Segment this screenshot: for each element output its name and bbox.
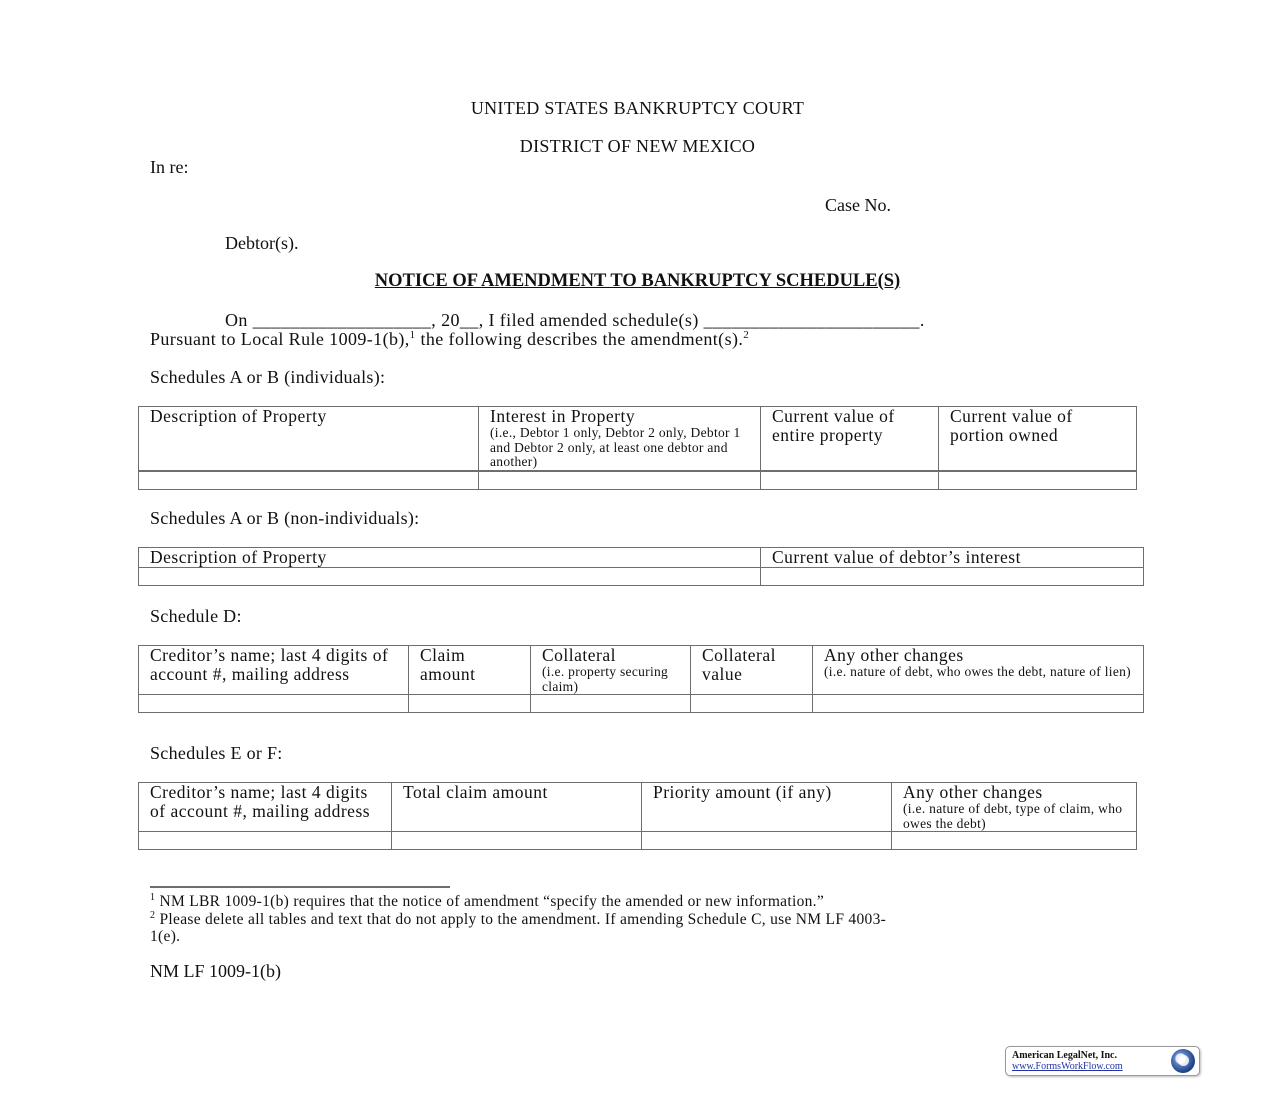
table-cell[interactable] bbox=[392, 832, 642, 850]
column-header: Collateral(i.e. property securing claim) bbox=[531, 646, 691, 695]
publisher-name: American LegalNet, Inc. bbox=[1012, 1050, 1117, 1061]
column-header: Creditor’s name; last 4 digits of accoun… bbox=[139, 783, 392, 832]
section-label-ab-individuals: Schedules A or B (individuals): bbox=[150, 367, 385, 388]
section-label-ef: Schedules E or F: bbox=[150, 743, 283, 764]
notice-title: NOTICE OF AMENDMENT TO BANKRUPTCY SCHEDU… bbox=[0, 271, 1275, 292]
debtors-label: Debtor(s). bbox=[225, 233, 298, 254]
table-cell[interactable] bbox=[892, 832, 1137, 850]
section-label-d: Schedule D: bbox=[150, 606, 242, 627]
table-schedule-ef: Creditor’s name; last 4 digits of accoun… bbox=[138, 782, 1137, 850]
form-id: NM LF 1009-1(b) bbox=[150, 961, 281, 982]
table-header-row: Creditor’s name; last 4 digits of accoun… bbox=[139, 783, 1137, 832]
column-header: Description of Property bbox=[139, 407, 479, 471]
table-header-row: Creditor’s name; last 4 digits of accoun… bbox=[139, 646, 1144, 695]
footnote-ref-2: 2 bbox=[743, 329, 749, 341]
table-cell[interactable] bbox=[531, 695, 691, 713]
column-header: Current value of entire property bbox=[761, 407, 939, 471]
intro-line-2: Pursuant to Local Rule 1009-1(b),1 the f… bbox=[150, 329, 749, 350]
table-cell[interactable] bbox=[761, 568, 1144, 586]
table-cell[interactable] bbox=[139, 832, 392, 850]
footnote-separator bbox=[150, 886, 450, 888]
footnote-2-continued: 1(e). bbox=[150, 928, 180, 946]
intro-text-a: Pursuant to Local Rule 1009-1(b), bbox=[150, 329, 410, 349]
publisher-logo[interactable]: American LegalNet, Inc. www.FormsWorkFlo… bbox=[1005, 1046, 1200, 1076]
column-header: Current value of debtor’s interest bbox=[761, 548, 1144, 568]
intro-line-1: On ___________________, 20__, I filed am… bbox=[225, 310, 925, 331]
table-cell[interactable] bbox=[813, 695, 1144, 713]
table-row bbox=[139, 568, 1144, 586]
section-label-ab-nonindividuals: Schedules A or B (non-individuals): bbox=[150, 508, 419, 529]
table-cell[interactable] bbox=[139, 471, 479, 490]
case-number-label: Case No. bbox=[825, 195, 891, 216]
column-header: Priority amount (if any) bbox=[642, 783, 892, 832]
table-row bbox=[139, 695, 1144, 713]
table-ab-nonindividuals: Description of Property Current value of… bbox=[138, 547, 1144, 586]
publisher-link[interactable]: www.FormsWorkFlow.com bbox=[1012, 1061, 1123, 1072]
column-header: Claim amount bbox=[409, 646, 531, 695]
table-cell[interactable] bbox=[479, 471, 761, 490]
table-header-row: Description of Property Interest in Prop… bbox=[139, 407, 1137, 471]
table-cell[interactable] bbox=[642, 832, 892, 850]
table-cell[interactable] bbox=[139, 568, 761, 586]
table-cell[interactable] bbox=[139, 695, 409, 713]
column-header: Current value of portion owned bbox=[939, 407, 1137, 471]
column-header: Interest in Property(i.e., Debtor 1 only… bbox=[479, 407, 761, 471]
table-header-row: Description of Property Current value of… bbox=[139, 548, 1144, 568]
in-re-label: In re: bbox=[150, 157, 188, 178]
table-cell[interactable] bbox=[939, 471, 1137, 490]
column-header: Any other changes(i.e. nature of debt, w… bbox=[813, 646, 1144, 695]
district-heading: DISTRICT OF NEW MEXICO bbox=[0, 136, 1275, 157]
table-row bbox=[139, 471, 1137, 490]
table-cell[interactable] bbox=[691, 695, 813, 713]
court-heading: UNITED STATES BANKRUPTCY COURT bbox=[0, 98, 1275, 119]
table-schedule-d: Creditor’s name; last 4 digits of accoun… bbox=[138, 645, 1144, 713]
footnote-1: 1 NM LBR 1009-1(b) requires that the not… bbox=[150, 893, 824, 911]
column-header: Collateral value bbox=[691, 646, 813, 695]
column-header: Description of Property bbox=[139, 548, 761, 568]
table-row bbox=[139, 832, 1137, 850]
globe-icon bbox=[1171, 1049, 1195, 1073]
table-ab-individuals: Description of Property Interest in Prop… bbox=[138, 406, 1137, 490]
table-cell[interactable] bbox=[761, 471, 939, 490]
table-cell[interactable] bbox=[409, 695, 531, 713]
footnote-2: 2 Please delete all tables and text that… bbox=[150, 911, 886, 929]
column-header: Any other changes(i.e. nature of debt, t… bbox=[892, 783, 1137, 832]
column-header: Total claim amount bbox=[392, 783, 642, 832]
intro-text-b: the following describes the amendment(s)… bbox=[416, 329, 744, 349]
column-header: Creditor’s name; last 4 digits of accoun… bbox=[139, 646, 409, 695]
